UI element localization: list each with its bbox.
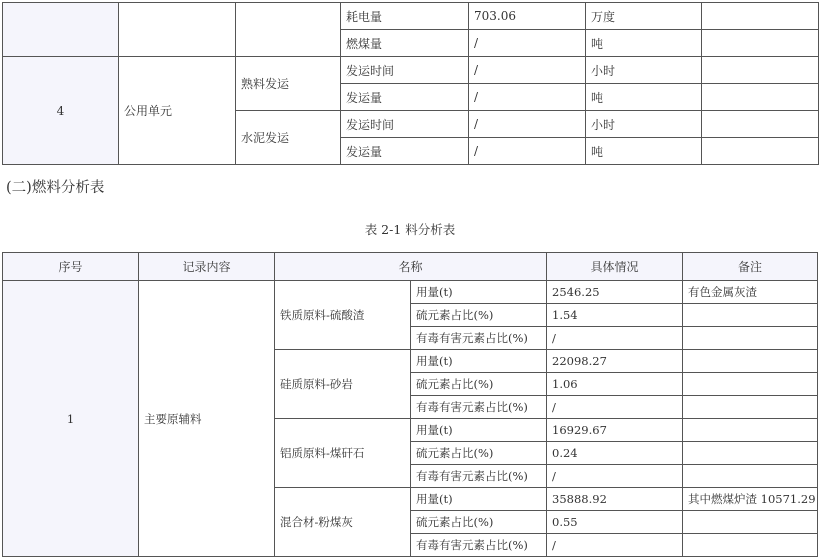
remark-cell [683,396,818,419]
metric-cell: 有毒有害元素占比(%) [411,396,547,419]
remark-cell [702,111,819,138]
header-detail: 具体情况 [547,253,683,281]
table-row: 4 公用单元 熟料发运 发运时间 / 小时 [3,57,819,84]
remark-cell [702,57,819,84]
section-heading: (二)燃料分析表 [6,176,104,197]
value-cell: 1.54 [547,304,683,327]
item-cell: 发运量 [341,84,469,111]
remark-cell [683,442,818,465]
index-cell [3,3,119,57]
header-index: 序号 [3,253,139,281]
value-cell: / [547,465,683,488]
remark-cell [702,84,819,111]
header-record: 记录内容 [139,253,275,281]
metric-cell: 用量(t) [411,419,547,442]
unit-cell: 吨 [586,30,702,57]
table-row: 1 主要原辅料 铁质原料-硫酸渣 用量(t) 2546.25 有色金属灰渣 [3,281,818,304]
unit-cell: 小时 [586,111,702,138]
value-cell: 0.55 [547,511,683,534]
unit-name-cell [119,3,236,57]
value-cell: / [469,138,586,165]
value-cell: / [547,396,683,419]
value-cell: 703.06 [469,3,586,30]
item-cell: 耗电量 [341,3,469,30]
table-row: 耗电量 703.06 万度 [3,3,819,30]
value-cell: 22098.27 [547,350,683,373]
metric-cell: 用量(t) [411,281,547,304]
metric-cell: 硫元素占比(%) [411,373,547,396]
fuel-analysis-table: 序号 记录内容 名称 具体情况 备注 1 主要原辅料 铁质原料-硫酸渣 用量(t… [2,252,818,557]
metric-cell: 有毒有害元素占比(%) [411,327,547,350]
remark-cell: 有色金属灰渣 [683,281,818,304]
remark-cell [683,327,818,350]
metric-cell: 用量(t) [411,488,547,511]
header-remark: 备注 [683,253,818,281]
table-caption: 表 2-1 料分析表 [0,220,820,238]
index-cell: 4 [3,57,119,165]
metric-cell: 有毒有害元素占比(%) [411,465,547,488]
remark-cell [683,511,818,534]
group-cell: 水泥发运 [236,111,341,165]
remark-cell [683,465,818,488]
value-cell: 35888.92 [547,488,683,511]
item-cell: 发运时间 [341,111,469,138]
record-cell: 主要原辅料 [139,281,275,557]
value-cell: 2546.25 [547,281,683,304]
index-cell: 1 [3,281,139,557]
remark-cell [702,30,819,57]
value-cell: 16929.67 [547,419,683,442]
remark-cell: 其中燃煤炉渣 10571.29 [683,488,818,511]
remark-cell [702,3,819,30]
metric-cell: 硫元素占比(%) [411,511,547,534]
unit-cell: 吨 [586,84,702,111]
header-row: 序号 记录内容 名称 具体情况 备注 [3,253,818,281]
unit-name-cell: 公用单元 [119,57,236,165]
metric-cell: 用量(t) [411,350,547,373]
remark-cell [683,350,818,373]
group-cell: 熟料发运 [236,57,341,111]
material-name-cell: 铝质原料-煤矸石 [275,419,411,488]
item-cell: 发运时间 [341,57,469,84]
value-cell: / [547,327,683,350]
unit-cell: 小时 [586,57,702,84]
material-name-cell: 硅质原料-砂岩 [275,350,411,419]
equipment-usage-table: 耗电量 703.06 万度 燃煤量 / 吨 4 公用单元 熟料发运 发运时间 /… [2,2,819,165]
value-cell: 0.24 [547,442,683,465]
metric-cell: 硫元素占比(%) [411,442,547,465]
remark-cell [683,419,818,442]
remark-cell [702,138,819,165]
unit-cell: 吨 [586,138,702,165]
value-cell: / [469,57,586,84]
item-cell: 发运量 [341,138,469,165]
metric-cell: 有毒有害元素占比(%) [411,534,547,557]
material-name-cell: 铁质原料-硫酸渣 [275,281,411,350]
value-cell: / [469,84,586,111]
item-cell: 燃煤量 [341,30,469,57]
unit-cell: 万度 [586,3,702,30]
remark-cell [683,373,818,396]
value-cell: / [547,534,683,557]
group-cell [236,3,341,57]
value-cell: / [469,30,586,57]
header-name: 名称 [275,253,547,281]
remark-cell [683,534,818,557]
material-name-cell: 混合材-粉煤灰 [275,488,411,557]
remark-cell [683,304,818,327]
value-cell: 1.06 [547,373,683,396]
value-cell: / [469,111,586,138]
metric-cell: 硫元素占比(%) [411,304,547,327]
